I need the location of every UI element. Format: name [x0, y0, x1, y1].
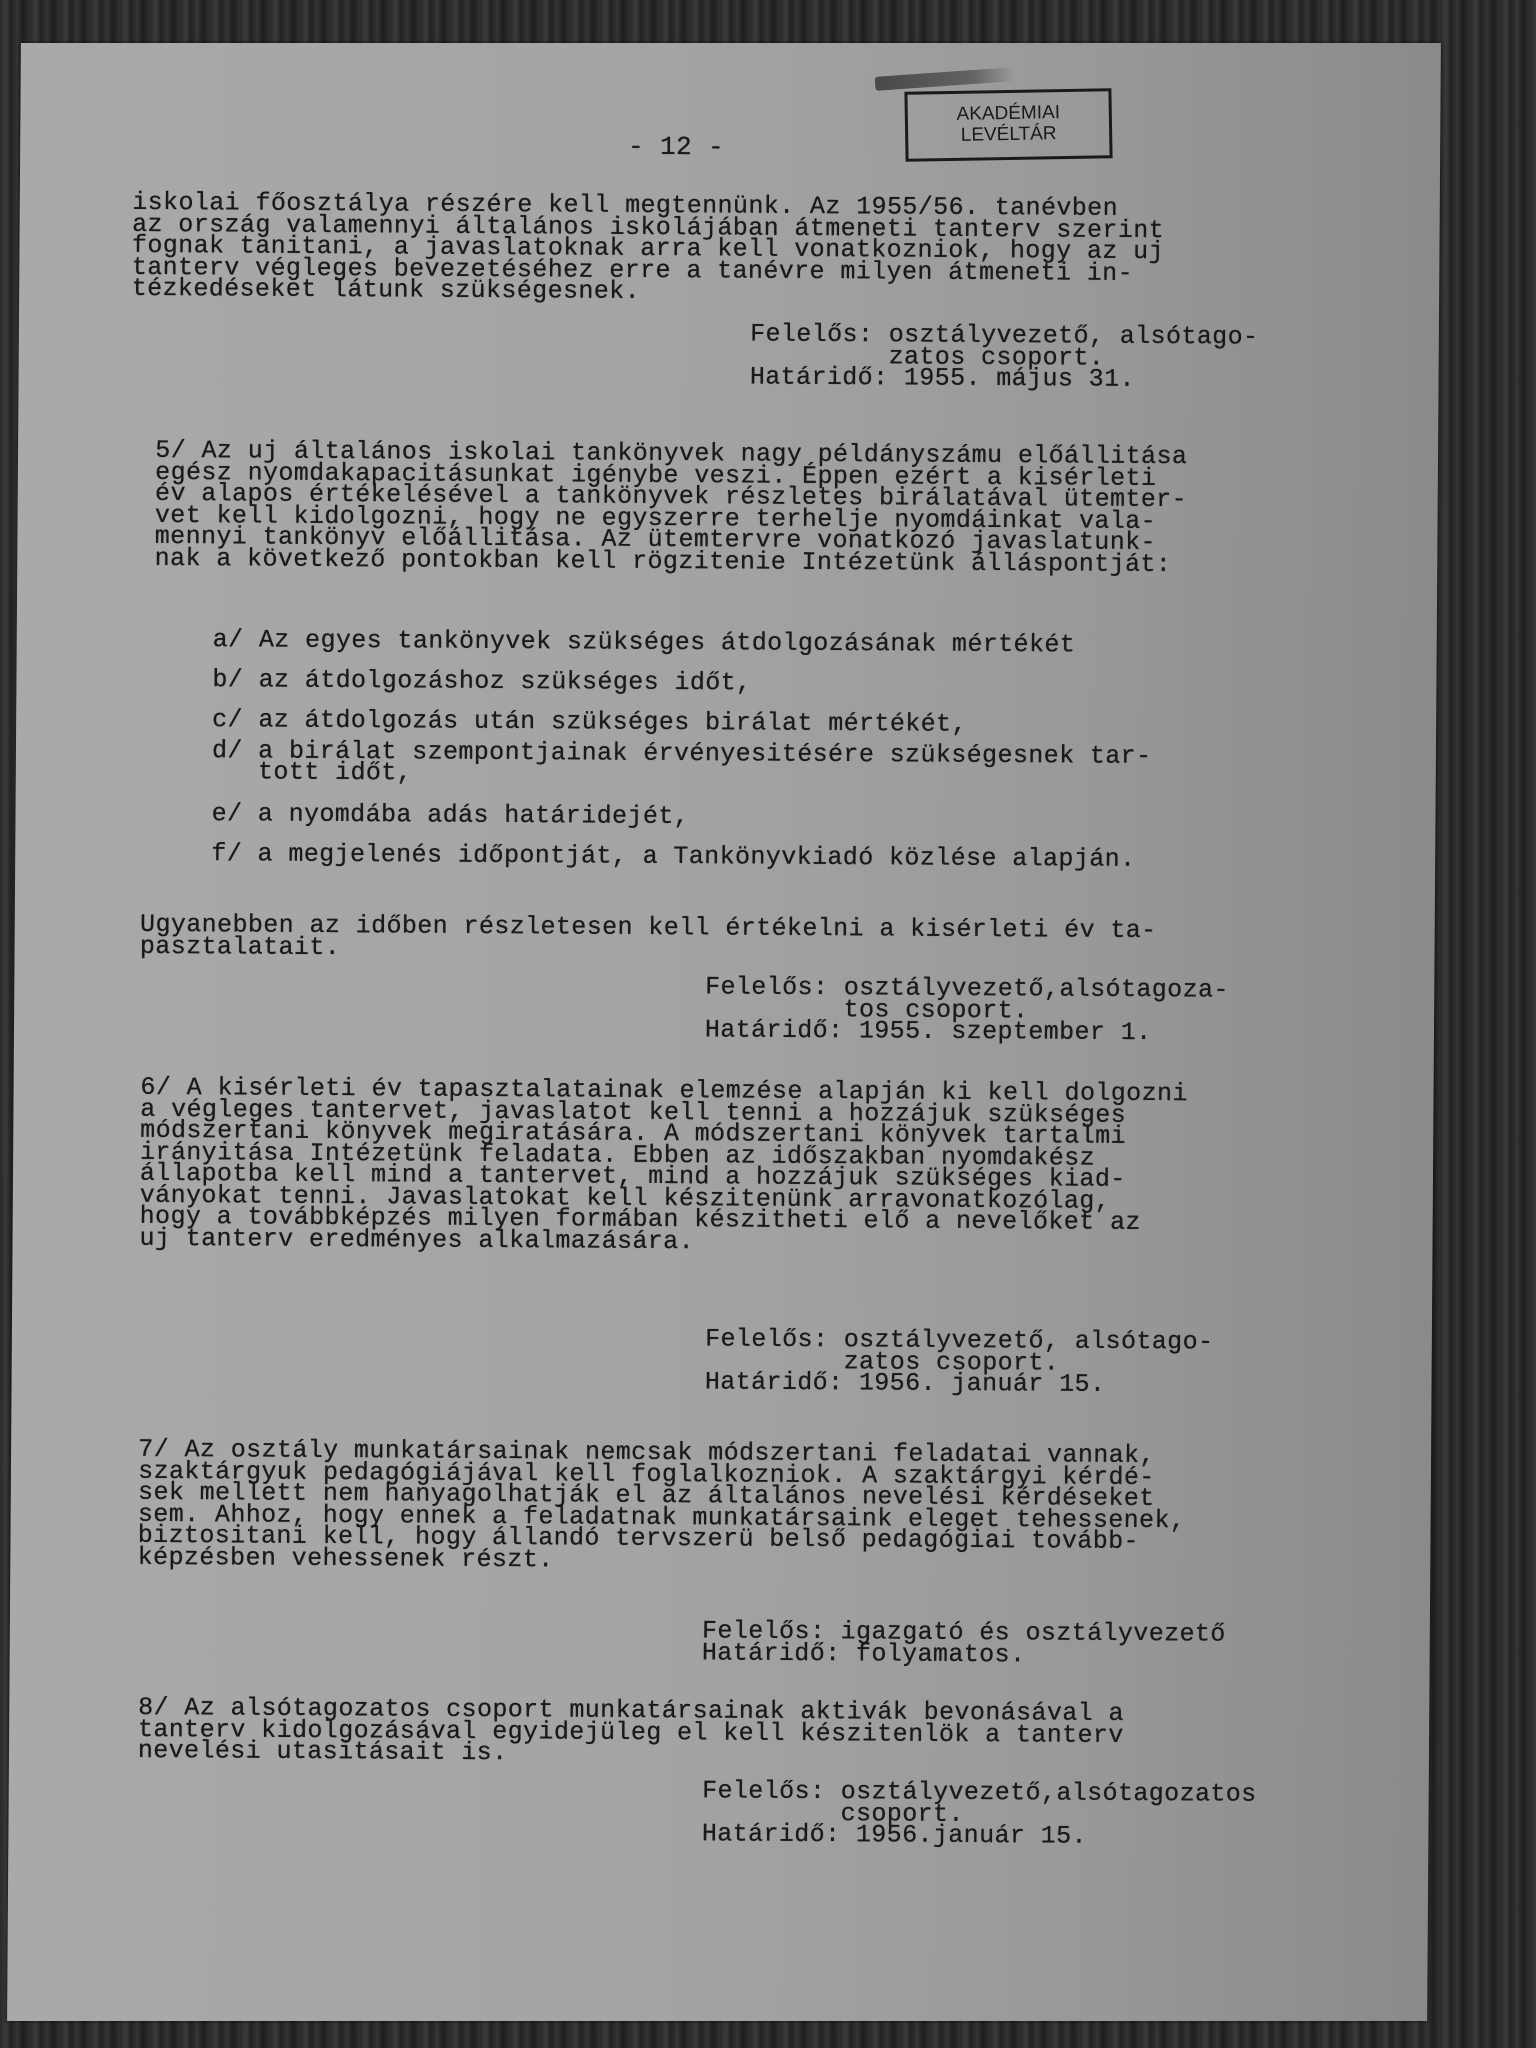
- list-item: b/ az átdolgozáshoz szükséges időt,: [212, 660, 1152, 706]
- list-item: a/ Az egyes tankönyvek szükséges átdolgo…: [213, 620, 1153, 666]
- text-line: Határidő: 1955. szeptember 1.: [705, 1019, 1229, 1044]
- stamp-line-2: LEVÉLTÁR: [908, 122, 1109, 147]
- item-5-responsibility: Felelős: osztályvezető,alsótagoza- tos c…: [705, 976, 1229, 1044]
- intro-responsibility: Felelős: osztályvezető, alsótago- zatos …: [750, 323, 1259, 391]
- intro-paragraph: iskolai főosztálya részére kell megtennü…: [132, 192, 1165, 306]
- list-item: d/ a birálat szempontjainak érvényesités…: [212, 740, 1152, 788]
- item-8-responsibility: Felelős: osztályvezető,alsótagozatos cso…: [702, 1780, 1257, 1848]
- item-5-list: a/ Az egyes tankönyvek szükséges átdolgo…: [211, 620, 1152, 880]
- item-7-paragraph: 7/ Az osztály munkatársainak nemcsak mód…: [138, 1439, 1186, 1574]
- list-item: f/ a megjelenés időpontját, a Tankönyvki…: [211, 834, 1151, 880]
- text-line: nak a következő pontokban kell rögziteni…: [155, 547, 1187, 575]
- item-8-paragraph: 8/ Az alsótagozatos csoport munkatársain…: [138, 1697, 1124, 1768]
- page-number: - 12 -: [628, 137, 724, 159]
- item-6-responsibility: Felelős: osztályvezető, alsótago- zatos …: [705, 1328, 1214, 1396]
- archive-stamp: AKADÉMIAI LEVÉLTÁR: [904, 88, 1112, 162]
- item-6-paragraph: 6/ A kisérleti év tapasztalatainak elemz…: [139, 1077, 1187, 1255]
- item-7-responsibility: Felelős: igazgató és osztályvezetőHatári…: [702, 1620, 1226, 1666]
- text-line: Határidő: 1956. január 15.: [705, 1371, 1213, 1396]
- item-5-tail: Ugyanebben az időben részletesen kell ér…: [140, 914, 1157, 963]
- text-line: Határidő: 1955. május 31.: [750, 366, 1258, 391]
- list-item: e/ a nyomdába adás határidejét,: [211, 794, 1151, 840]
- text-line: Határidő: 1956.január 15.: [702, 1823, 1257, 1848]
- item-5-paragraph: 5/ Az uj általános iskolai tankönyvek na…: [155, 440, 1188, 575]
